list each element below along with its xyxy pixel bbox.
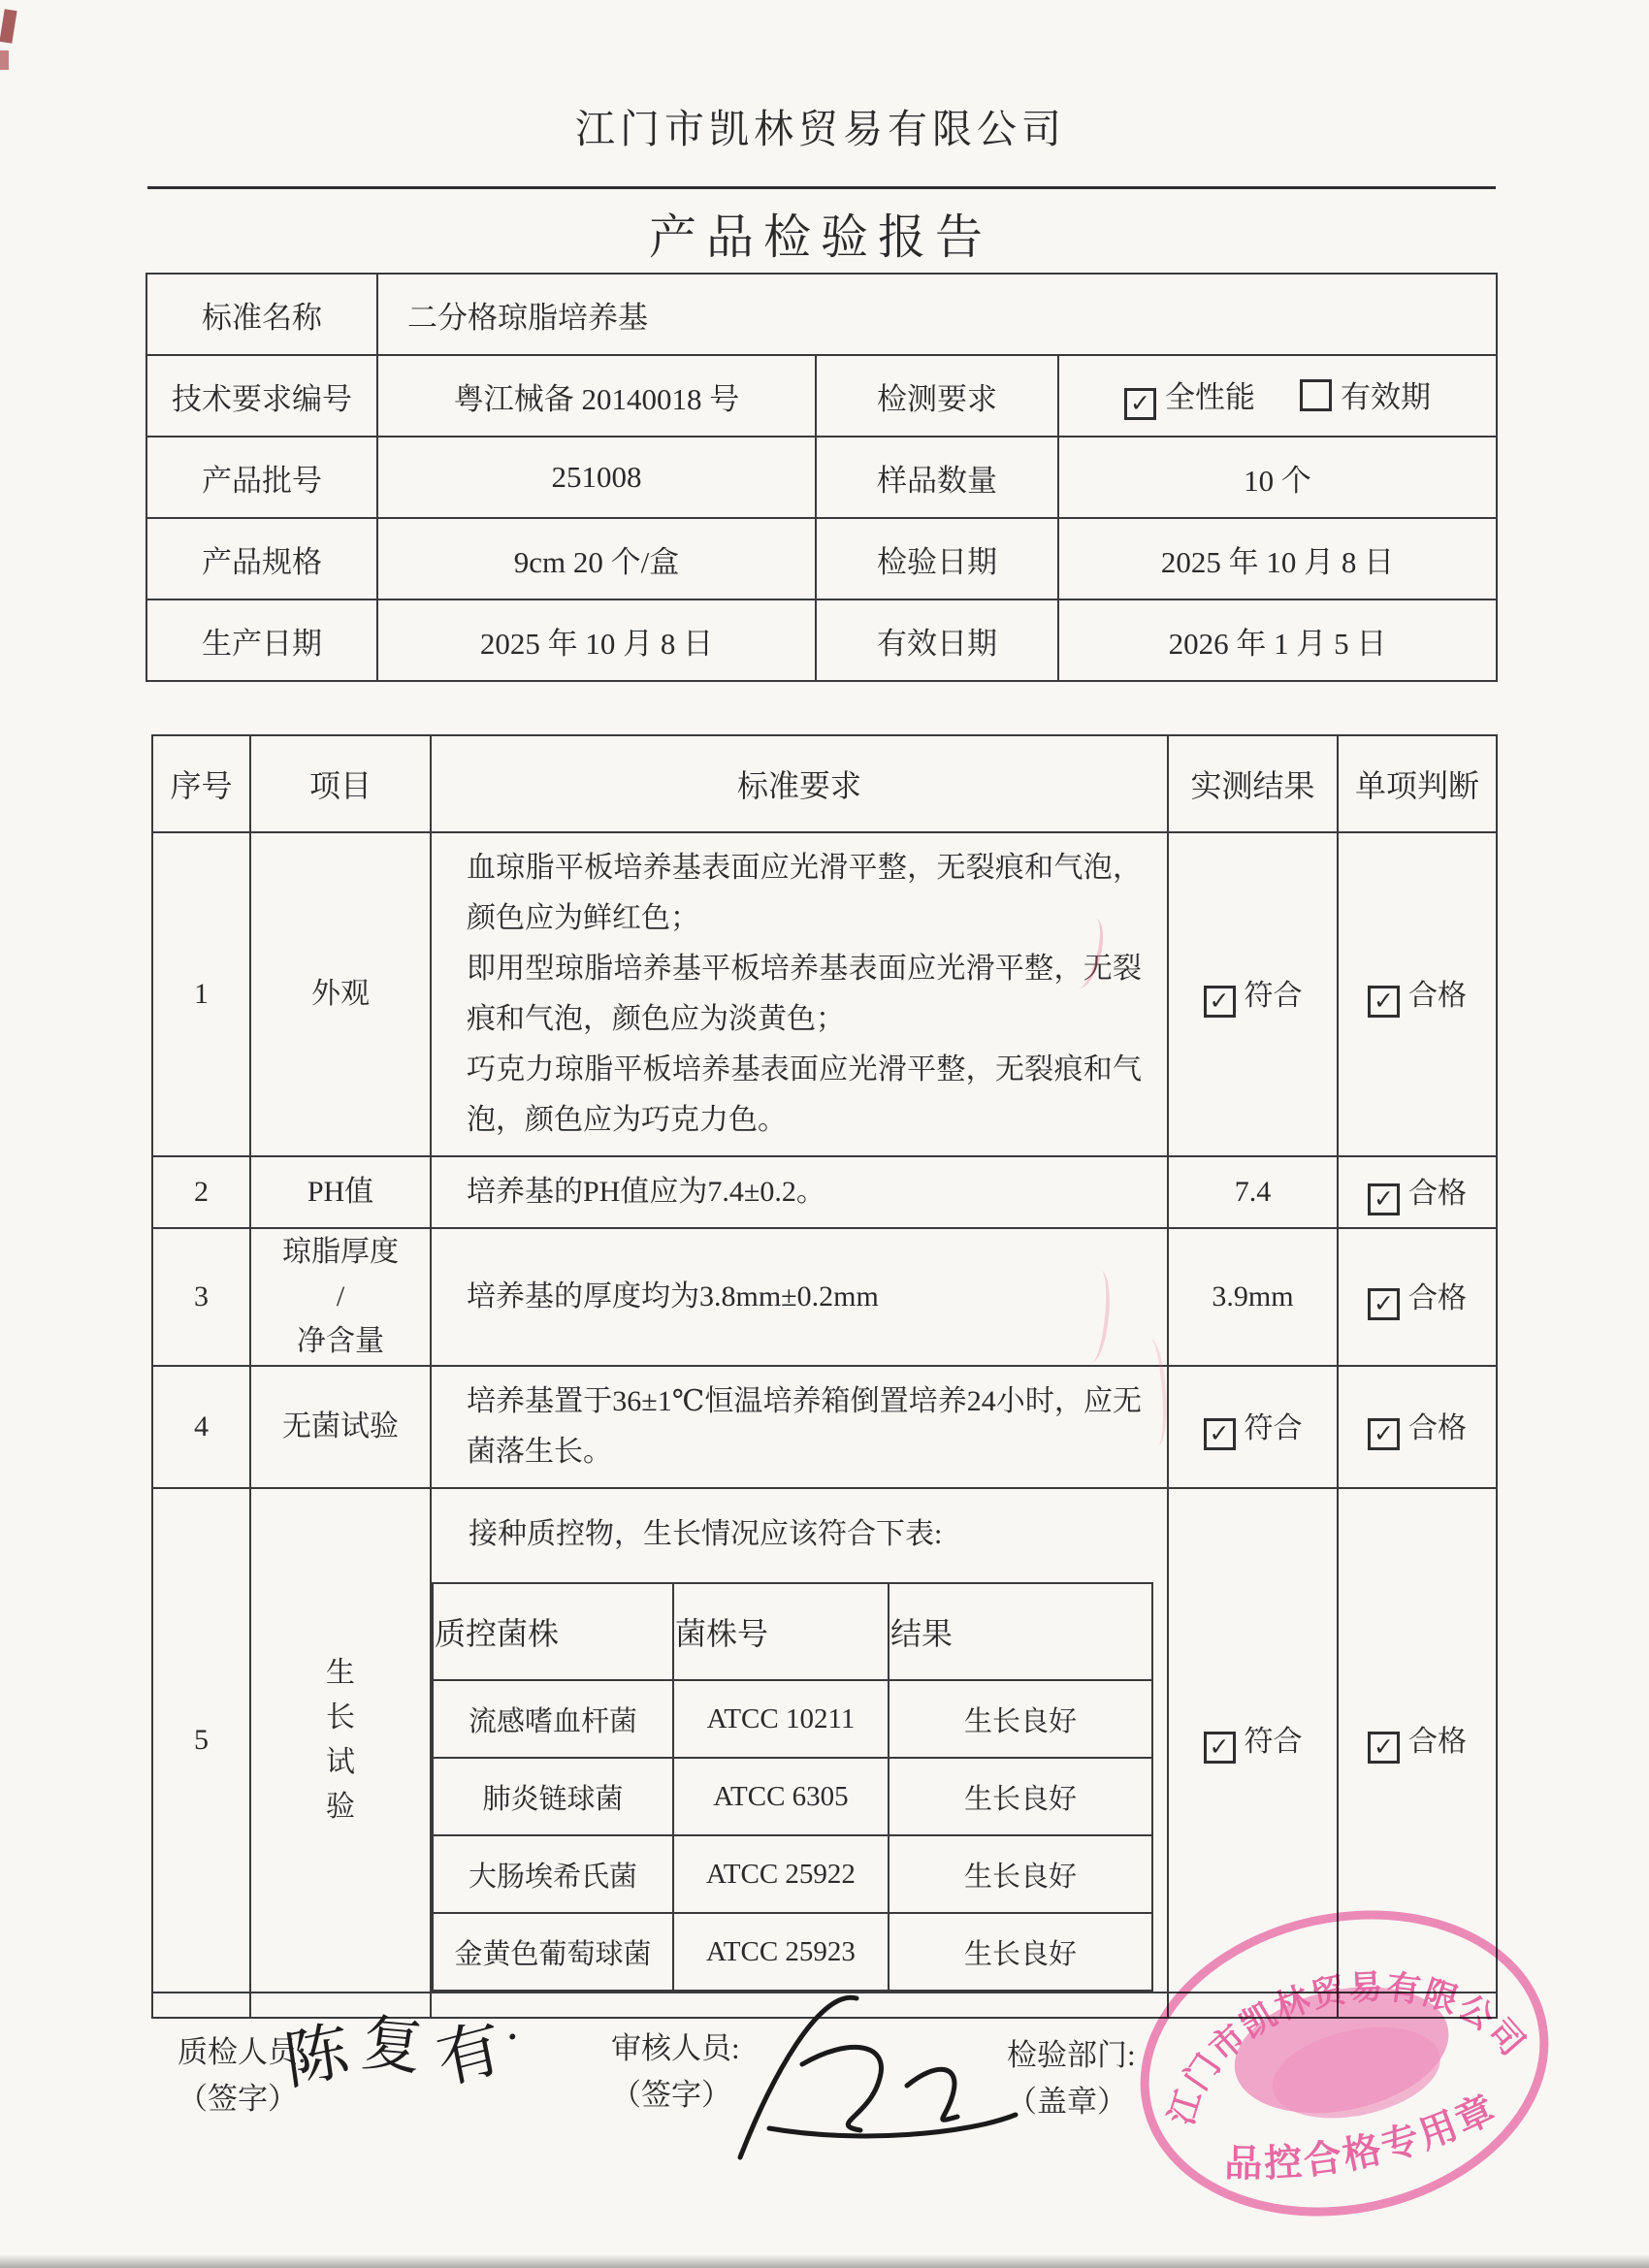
- company-stamp: 江门市凯林贸易有限公司 品控合格专用章: [1115, 1896, 1571, 2236]
- inner-cell: 流感嗜血杆菌: [433, 1680, 673, 1758]
- result-column-header: 项目: [250, 735, 431, 832]
- option-label: 合格: [1408, 1178, 1467, 1210]
- signature-dot: ·: [503, 2008, 522, 2065]
- info-label: 产品批号: [146, 437, 377, 518]
- info-label: 标准名称: [146, 274, 377, 355]
- option-label: 符合: [1245, 1726, 1303, 1758]
- result-column-header: 标准要求: [431, 735, 1168, 832]
- inner-cell: 生长良好: [889, 1680, 1152, 1758]
- option-label: 合格: [1408, 980, 1467, 1012]
- inner-column-header: 结果: [889, 1583, 1152, 1680]
- item-line: 无菌试验: [252, 1405, 429, 1449]
- requirement-paragraph: 血琼脂平板培养基表面应光滑平整，无裂痕和气泡，颜色应为鲜红色；: [467, 843, 1142, 944]
- signature-character: 有: [428, 1995, 508, 2101]
- info-label: 样品数量: [816, 437, 1058, 518]
- row-number: 4: [152, 1366, 250, 1488]
- item-name: 琼脂厚度/净含量: [250, 1228, 431, 1366]
- report-title: 产品检验报告: [145, 200, 1496, 268]
- checkbox-checked-icon: ✓: [1368, 1418, 1400, 1450]
- checkbox-checked-icon: ✓: [1368, 1288, 1400, 1320]
- inner-cell: 生长良好: [889, 1758, 1152, 1835]
- checkbox-checked-icon: ✓: [1368, 1183, 1400, 1215]
- inner-row: 大肠埃希氏菌ATCC 25922生长良好: [433, 1835, 1152, 1913]
- checked-option: ✓合格: [1368, 1178, 1467, 1210]
- inspector-signature: 陈复有·: [281, 1993, 522, 2093]
- info-value: 9cm 20 个/盒: [377, 518, 816, 599]
- checkbox-checked-icon: ✓: [1204, 986, 1236, 1018]
- measured-result: ✓符合: [1168, 1366, 1338, 1488]
- info-value: 二分格琼脂培养基: [377, 274, 1497, 355]
- signature-strokes: [740, 1997, 1016, 2157]
- result-column-header: 单项判断: [1338, 735, 1497, 832]
- result-table: 序号项目标准要求实测结果单项判断 1外观血琼脂平板培养基表面应光滑平整，无裂痕和…: [151, 734, 1498, 2019]
- item-line: 试: [252, 1740, 429, 1785]
- checked-option: ✓合格: [1368, 980, 1467, 1012]
- checked-option: ✓符合: [1204, 1726, 1303, 1758]
- title-rule: [147, 186, 1496, 189]
- result-row: 4无菌试验培养基置于36±1℃恒温培养箱倒置培养24小时，应无菌落生长。✓符合✓…: [152, 1366, 1497, 1488]
- item-line: 外观: [252, 972, 429, 1017]
- inner-cell: ATCC 6305: [673, 1758, 889, 1835]
- item-line: 净含量: [252, 1319, 429, 1364]
- item-judgement: ✓合格: [1338, 1156, 1497, 1228]
- checked-option: ✓符合: [1204, 980, 1303, 1012]
- info-row: 产品批号251008样品数量10 个: [146, 437, 1497, 518]
- result-row: 3琼脂厚度/净含量培养基的厚度均为3.8mm±0.2mm3.9mm✓合格: [152, 1228, 1497, 1366]
- result-row: 1外观血琼脂平板培养基表面应光滑平整，无裂痕和气泡，颜色应为鲜红色；即用型琼脂培…: [152, 832, 1497, 1156]
- inner-row: 肺炎链球菌ATCC 6305生长良好: [433, 1758, 1152, 1835]
- reviewer-signature: [713, 1971, 1033, 2175]
- spacer-cell: [152, 1993, 250, 2018]
- scan-bottom-edge: [0, 2254, 1649, 2268]
- info-value: 10 个: [1058, 437, 1497, 518]
- item-line: 验: [252, 1785, 429, 1830]
- info-table: 标准名称二分格琼脂培养基技术要求编号粤江械备 20140018 号检测要求✓全性…: [145, 273, 1498, 682]
- requirement-paragraph: 巧克力琼脂平板培养基表面应光滑平整，无裂痕和气泡，颜色应为巧克力色。: [467, 1045, 1142, 1146]
- item-name: 外观: [250, 832, 431, 1156]
- checked-option: ✓符合: [1204, 1412, 1303, 1444]
- item-line: /: [252, 1275, 429, 1319]
- signature-character: 复: [356, 1993, 430, 2087]
- standard-requirement: 血琼脂平板培养基表面应光滑平整，无裂痕和气泡，颜色应为鲜红色；即用型琼脂培养基平…: [431, 832, 1168, 1156]
- measured-result: 7.4: [1168, 1156, 1338, 1228]
- info-label: 技术要求编号: [146, 355, 377, 437]
- item-judgement: ✓合格: [1338, 1366, 1497, 1488]
- checkbox-empty-icon: [1300, 379, 1332, 411]
- standard-requirement: 培养基的PH值应为7.4±0.2。: [431, 1156, 1168, 1228]
- row-number: 3: [152, 1228, 250, 1366]
- checked-option: ✓合格: [1368, 1412, 1467, 1444]
- standard-requirement: 接种质控物，生长情况应该符合下表:质控菌株菌株号结果流感嗜血杆菌ATCC 102…: [431, 1488, 1168, 1993]
- option-label: 合格: [1408, 1282, 1467, 1314]
- result-header-row: 序号项目标准要求实测结果单项判断: [152, 735, 1497, 832]
- inner-cell: ATCC 10211: [673, 1680, 889, 1758]
- info-row: 生产日期2025 年 10 月 8 日有效日期2026 年 1 月 5 日: [146, 599, 1497, 681]
- standard-requirement: 培养基的厚度均为3.8mm±0.2mm: [431, 1228, 1168, 1366]
- scan-artifact-red-mark-2: [0, 50, 9, 70]
- inner-cell: 生长良好: [889, 1835, 1152, 1913]
- result-table-head: 序号项目标准要求实测结果单项判断: [152, 735, 1497, 832]
- signature-character: 陈: [277, 1998, 354, 2102]
- scan-artifact-red-mark: [0, 9, 17, 44]
- inner-row: 流感嗜血杆菌ATCC 10211生长良好: [433, 1680, 1152, 1758]
- info-label: 生产日期: [146, 599, 377, 681]
- option-label: 合格: [1408, 1412, 1467, 1444]
- requirement-paragraph: 即用型琼脂培养基平板培养基表面应光滑平整，无裂痕和气泡，颜色应为淡黄色；: [467, 944, 1142, 1045]
- requirement-intro: 接种质控物，生长情况应该符合下表:: [432, 1489, 1167, 1557]
- result-column-header: 序号: [152, 735, 250, 832]
- item-judgement: ✓合格: [1338, 1228, 1497, 1366]
- item-name: PH值: [250, 1156, 431, 1228]
- checkbox-checked-icon: ✓: [1124, 388, 1156, 420]
- row-number: 5: [152, 1488, 250, 1993]
- info-value: 粤江械备 20140018 号: [377, 355, 816, 437]
- item-name: 生长试验: [250, 1488, 431, 1993]
- info-label: 检验日期: [816, 518, 1058, 599]
- inner-column-header: 菌株号: [673, 1583, 889, 1680]
- standard-requirement: 培养基置于36±1℃恒温培养箱倒置培养24小时，应无菌落生长。: [431, 1366, 1168, 1488]
- inner-header-row: 质控菌株菌株号结果: [433, 1583, 1152, 1680]
- result-row: 2PH值培养基的PH值应为7.4±0.2。7.4✓合格: [152, 1156, 1497, 1228]
- row-number: 2: [152, 1156, 250, 1228]
- info-value: 251008: [377, 437, 816, 518]
- checkbox-checked-icon: ✓: [1204, 1732, 1236, 1764]
- option-label: 有效期: [1341, 380, 1431, 414]
- info-value: 2025 年 10 月 8 日: [377, 599, 816, 681]
- checked-option: ✓全性能: [1124, 380, 1255, 414]
- info-value: ✓全性能有效期: [1058, 355, 1497, 437]
- info-value: 2025 年 10 月 8 日: [1058, 518, 1497, 599]
- item-line: 生: [252, 1651, 429, 1696]
- info-row: 标准名称二分格琼脂培养基: [146, 274, 1497, 355]
- checkbox-checked-icon: ✓: [1368, 1732, 1400, 1764]
- info-row: 产品规格9cm 20 个/盒检验日期2025 年 10 月 8 日: [146, 518, 1497, 599]
- option-label: 符合: [1245, 980, 1303, 1012]
- result-table-body: 1外观血琼脂平板培养基表面应光滑平整，无裂痕和气泡，颜色应为鲜红色；即用型琼脂培…: [152, 832, 1497, 2018]
- measured-result: ✓符合: [1168, 832, 1338, 1156]
- item-line: 琼脂厚度: [252, 1230, 429, 1275]
- requirement-paragraph: 培养基置于36±1℃恒温培养箱倒置培养24小时，应无菌落生长。: [467, 1377, 1142, 1477]
- info-table-body: 标准名称二分格琼脂培养基技术要求编号粤江械备 20140018 号检测要求✓全性…: [146, 274, 1497, 681]
- option-label: 合格: [1408, 1726, 1467, 1758]
- unchecked-option: 有效期: [1300, 380, 1431, 414]
- inner-cell: 肺炎链球菌: [433, 1758, 673, 1835]
- option-label: 符合: [1245, 1412, 1303, 1444]
- checkbox-checked-icon: ✓: [1368, 986, 1400, 1018]
- info-label: 有效日期: [816, 599, 1058, 681]
- checked-option: ✓合格: [1368, 1282, 1467, 1314]
- measured-result: 3.9mm: [1168, 1228, 1338, 1366]
- item-name: 无菌试验: [250, 1366, 431, 1488]
- requirement-paragraph: 培养基的厚度均为3.8mm±0.2mm: [467, 1272, 1142, 1322]
- requirement-paragraph: 培养基的PH值应为7.4±0.2。: [467, 1167, 1142, 1217]
- checkbox-checked-icon: ✓: [1204, 1418, 1236, 1450]
- inner-cell: 金黄色葡萄球菌: [433, 1913, 673, 1991]
- item-line: 长: [252, 1696, 429, 1740]
- inner-cell: ATCC 25922: [673, 1835, 889, 1913]
- row-number: 1: [152, 832, 250, 1156]
- document-page: 江门市凯林贸易有限公司 产品检验报告 标准名称二分格琼脂培养基技术要求编号粤江械…: [0, 0, 1649, 2268]
- item-judgement: ✓合格: [1338, 832, 1497, 1156]
- info-label: 产品规格: [146, 518, 377, 599]
- result-column-header: 实测结果: [1168, 735, 1338, 832]
- inner-cell: 大肠埃希氏菌: [433, 1835, 673, 1913]
- option-label: 全性能: [1165, 380, 1255, 414]
- info-row: 技术要求编号粤江械备 20140018 号检测要求✓全性能有效期: [146, 355, 1497, 437]
- inner-growth-table: 质控菌株菌株号结果流感嗜血杆菌ATCC 10211生长良好肺炎链球菌ATCC 6…: [432, 1582, 1153, 1992]
- info-value: 2026 年 1 月 5 日: [1058, 599, 1497, 681]
- checked-option: ✓合格: [1368, 1726, 1467, 1758]
- info-label: 检测要求: [816, 355, 1058, 437]
- company-name: 江门市凯林贸易有限公司: [145, 97, 1496, 154]
- inner-column-header: 质控菌株: [433, 1583, 673, 1680]
- item-line: PH值: [252, 1170, 429, 1215]
